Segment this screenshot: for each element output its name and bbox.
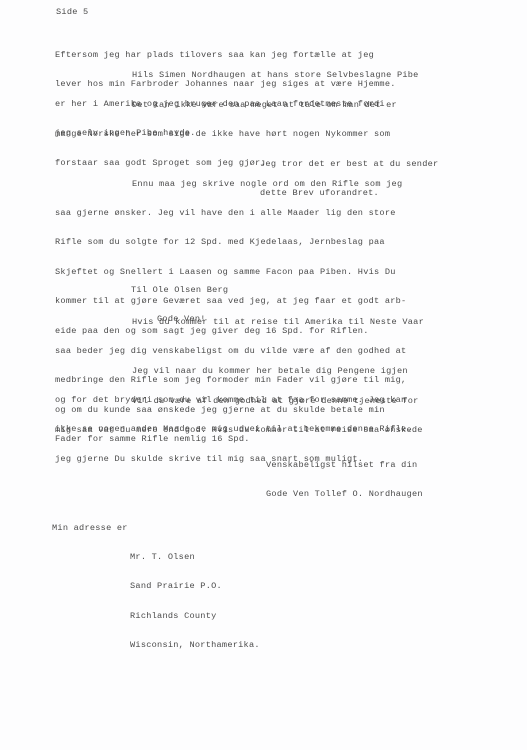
address-line: Sand Prairie P.O. (52, 582, 260, 592)
text-line: Det kan ikke være saa meget at tale om m… (55, 101, 397, 111)
text-line: Vil du være af den godhed at gjøre denne… (55, 397, 423, 407)
text-line: saa gjerne ønsker. Jeg vil have den i al… (55, 209, 406, 219)
text-line: Hvis du kommer til at reise til Amerika … (55, 318, 424, 328)
text-line: Rifle som du solgte for 12 Spd. med Kjed… (55, 238, 406, 248)
text-line: mange Norske her som sige de ikke have h… (55, 130, 397, 140)
letter-page: Side 5 Eftersom jeg har plads tilovers s… (0, 0, 527, 750)
address-line: Richlands County (52, 612, 260, 622)
address-line: Mr. T. Olsen (52, 553, 260, 563)
text-line: Venskabeligst hilset fra din (266, 461, 423, 471)
address-intro: Min adresse er (52, 524, 260, 534)
text-line: Skjeftet og Snellert i Laasen og samme F… (55, 268, 406, 278)
recipient: Til Ole Olsen Berg (131, 286, 228, 296)
text-line: mig saa var du mere end god. Hvis du kom… (55, 426, 423, 436)
address-line: Wisconsin, Northamerika. (52, 641, 260, 651)
text-line: Ennu maa jeg skrive nogle ord om den Rif… (55, 180, 406, 190)
signature: Gode Ven Tollef O. Nordhaugen (266, 490, 423, 500)
page-label: Side 5 (56, 8, 88, 18)
address-block: Min adresse er Mr. T. Olsen Sand Prairie… (52, 504, 260, 671)
text-line: Hils Simen Nordhaugen at hans store Selv… (55, 71, 419, 81)
closing: Venskabeligst hilset fra din Gode Ven To… (266, 441, 423, 519)
text-line: Jeg vil naar du kommer her betale dig Pe… (55, 367, 412, 377)
